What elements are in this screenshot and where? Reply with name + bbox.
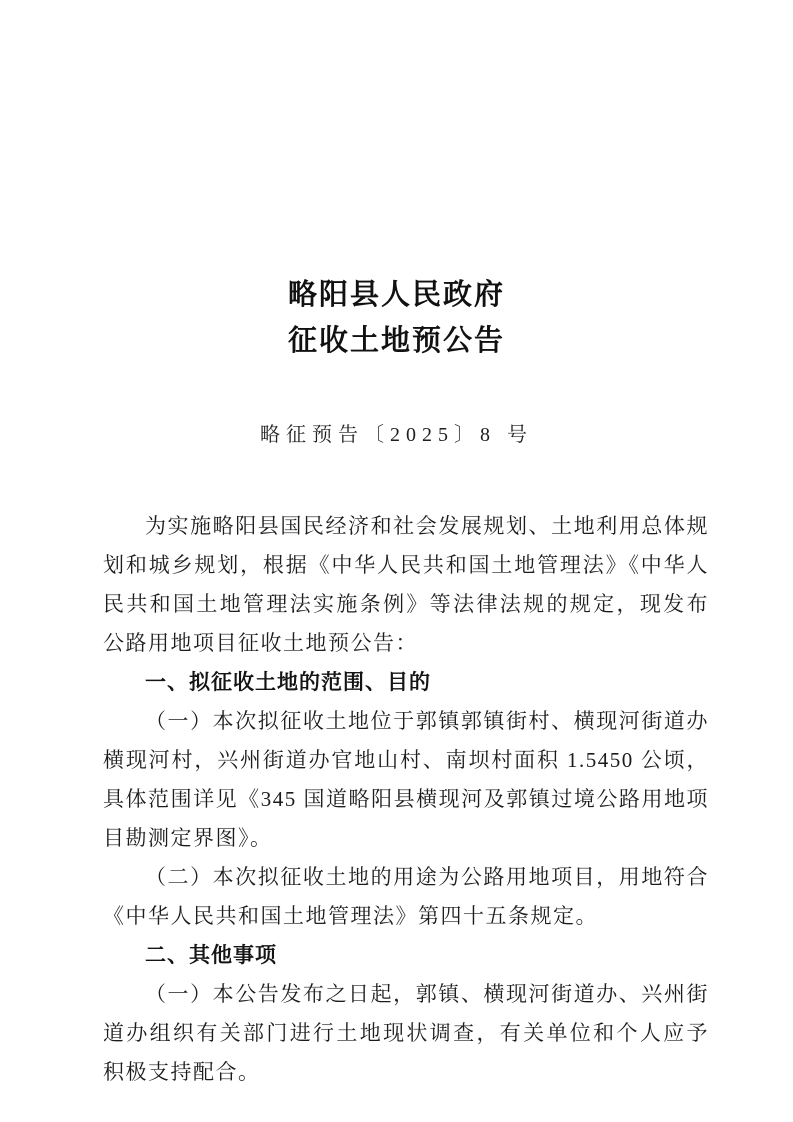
section-1-heading: 一、拟征收土地的范围、目的	[103, 663, 709, 702]
document-title: 略阳县人民政府 征收土地预公告	[0, 0, 793, 364]
section-2-heading: 二、其他事项	[103, 936, 709, 975]
document-number: 略征预告〔2025〕8 号	[0, 418, 793, 447]
document-page: 略阳县人民政府 征收土地预公告 略征预告〔2025〕8 号 为实施略阳县国民经济…	[0, 0, 793, 1122]
section-2-item-1: （一）本公告发布之日起，郭镇、横现河街道办、兴州街道办组织有关部门进行土地现状调…	[103, 975, 709, 1092]
document-body: 为实施略阳县国民经济和社会发展规划、土地利用总体规划和城乡规划，根据《中华人民共…	[103, 507, 709, 1092]
section-1-item-2: （二）本次拟征收土地的用途为公路用地项目，用地符合《中华人民共和国土地管理法》第…	[103, 858, 709, 936]
section-1-item-1: （一）本次拟征收土地位于郭镇郭镇街村、横现河街道办横现河村，兴州街道办官地山村、…	[103, 702, 709, 858]
title-line-2: 征收土地预公告	[0, 318, 793, 364]
intro-paragraph: 为实施略阳县国民经济和社会发展规划、土地利用总体规划和城乡规划，根据《中华人民共…	[103, 507, 709, 663]
title-line-1: 略阳县人民政府	[0, 272, 793, 318]
